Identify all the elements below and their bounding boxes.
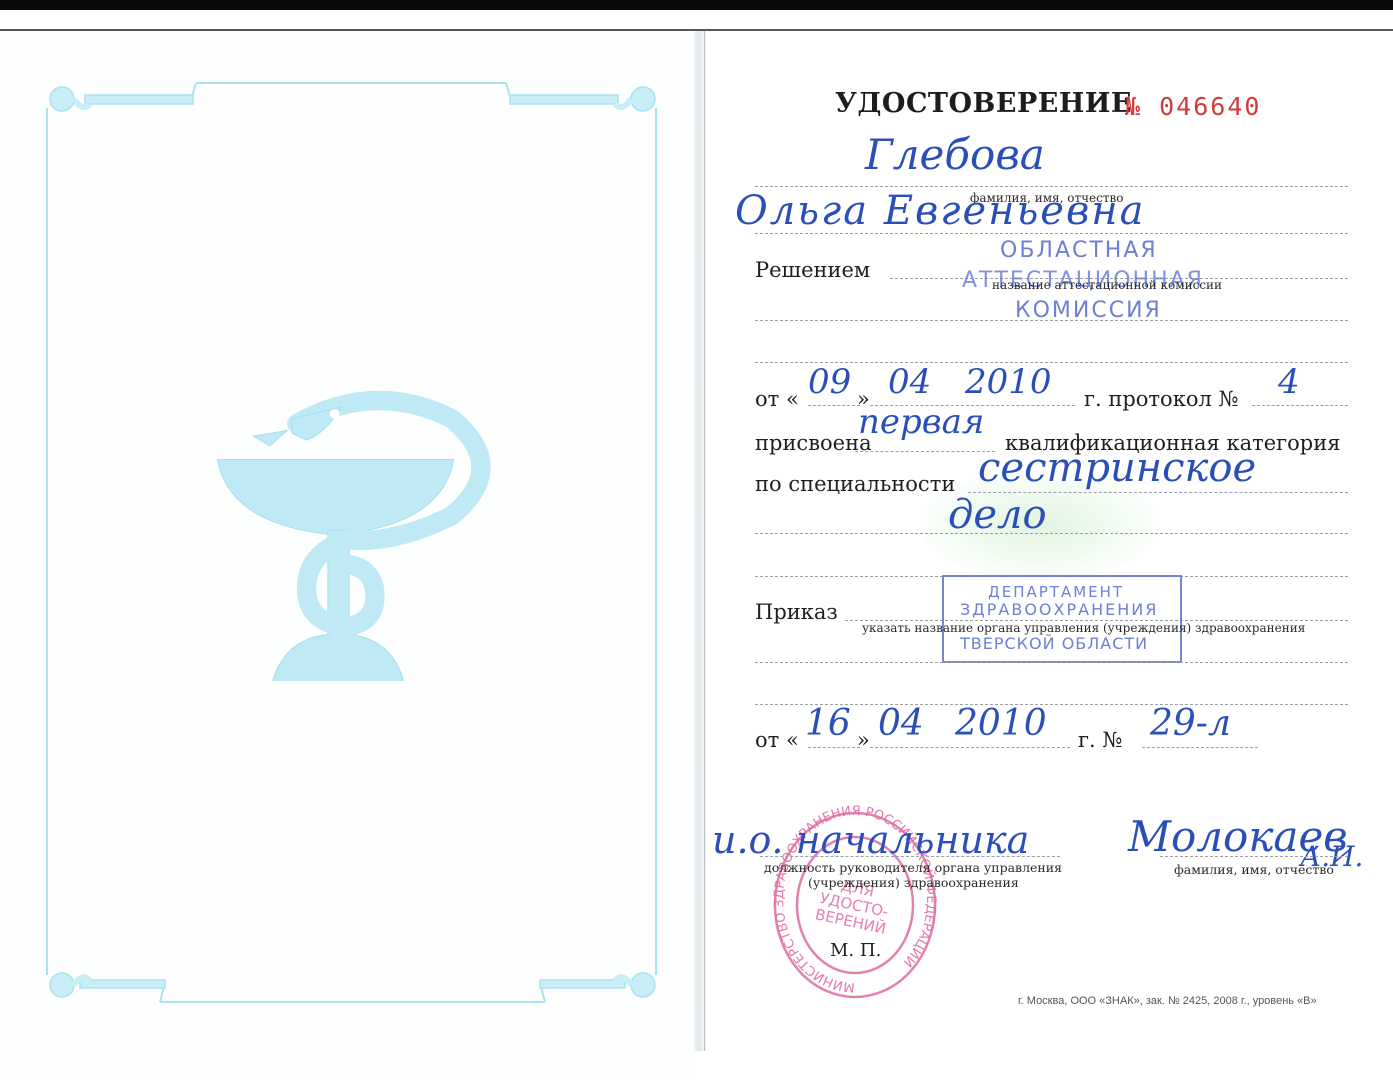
order-suffix: г. № [1078,728,1122,752]
protocol-quote-open: « [786,387,799,411]
department-stamp-line1: ДЕПАРТАМЕНТ [988,583,1124,601]
commission-stamp-line1: ОБЛАСТНАЯ [1000,238,1158,263]
department-stamp-line2: ЗДРАВООХРАНЕНИЯ [960,600,1158,619]
protocol-month: 04 [888,362,931,402]
number-sign: № [1125,92,1142,121]
order-quote-open: « [786,728,799,752]
order-caption: указать название органа управления (учре… [862,621,1305,635]
fill-line [1160,856,1348,857]
protocol-year-suffix: г. протокол [1084,387,1212,411]
order-quote-close: » [857,728,870,752]
order-day: 16 [805,703,851,744]
order-number: 29-л [1150,703,1231,744]
order-number-sign: № [1102,728,1122,752]
fill-line [855,451,995,452]
fill-line [755,320,1348,321]
fill-line [870,747,1070,748]
seal-place-label: М. П. [830,940,881,961]
fill-line [1142,747,1258,748]
fill-line [755,533,1348,534]
fill-line [1252,405,1348,406]
specialty-value-line1: сестринское [978,445,1256,491]
print-imprint: г. Москва, ООО «ЗНАК», зак. № 2425, 2008… [1018,995,1317,1007]
specialty-label: по специальности [755,472,955,496]
holder-surname: Глебова [865,130,1045,179]
holder-given-names: Ольга Евгеньевна [735,188,1145,234]
specialty-value-line2: дело [948,492,1047,538]
position-caption-line2: (учреждения) здравоохранения [808,875,1019,890]
order-from: от [755,728,779,752]
fill-line [755,233,1348,234]
order-label: Приказ [755,600,838,624]
bowl-of-hygieia-icon [200,380,510,690]
fill-line [755,662,1348,663]
document-title: УДОСТОВЕРЕНИЕ [835,88,1132,119]
fill-line [760,856,1060,857]
fill-line [808,405,860,406]
order-year-suffix: г. [1078,728,1096,752]
category-value: первая [858,402,984,442]
spine-fold-line [704,31,705,1051]
protocol-year: 2010 [965,362,1052,402]
protocol-suffix: г. протокол № [1084,387,1238,411]
number-value: 046640 [1159,92,1261,121]
fill-line [808,747,860,748]
decision-label: Решением [755,258,870,282]
decision-caption: название аттестационной комиссии [992,278,1222,292]
department-stamp-line3: ТВЕРСКОЙ ОБЛАСТИ [960,634,1148,653]
name-caption: фамилия, имя, отчество [1174,862,1334,877]
order-year: 2010 [955,703,1047,744]
protocol-number: 4 [1278,362,1300,402]
document-number: № 046640 [1125,92,1261,121]
position-caption-line1: должность руководителя органа управления [764,860,1062,875]
fill-line [755,186,1348,187]
protocol-day: 09 [808,362,851,402]
scan-top-edge [0,0,1393,10]
protocol-number-sign: № [1219,387,1239,411]
order-month: 04 [878,703,924,744]
protocol-from: от [755,387,779,411]
